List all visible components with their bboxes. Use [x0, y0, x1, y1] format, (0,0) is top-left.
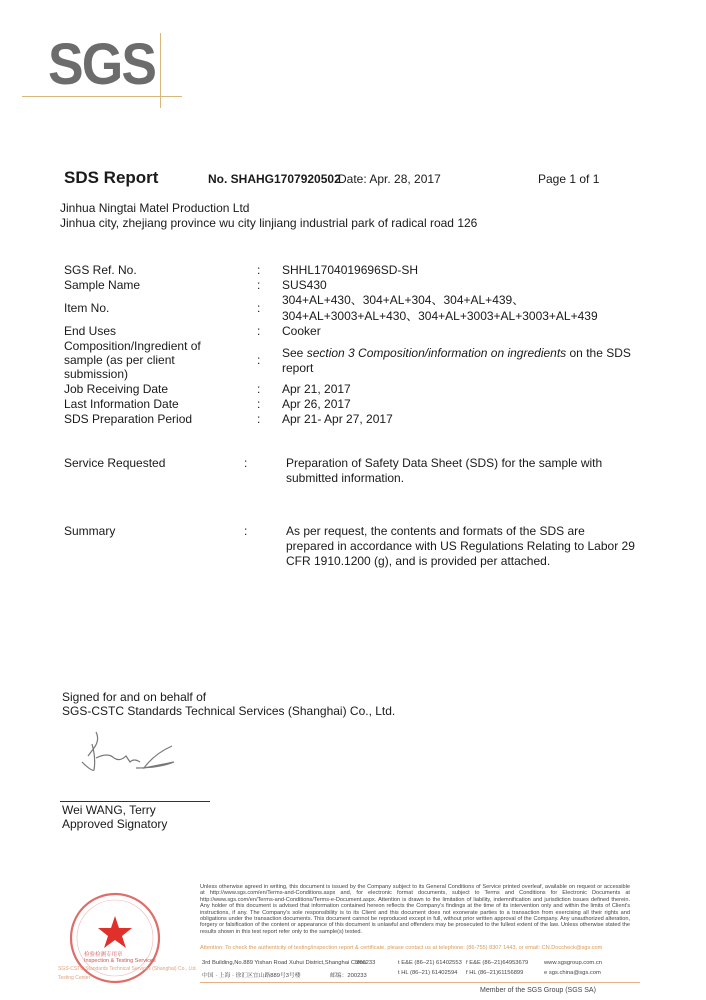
field-separator: : [257, 278, 260, 293]
telephone-hl: t HL (86–21) 61402594 [398, 970, 457, 976]
fax-ee: f E&E (86–21)64953679 [466, 960, 528, 966]
report-number: No. SHAHG1707920502 [208, 172, 341, 186]
field-value-end-uses: Cooker [282, 324, 632, 339]
report-date: Date: Apr. 28, 2017 [338, 172, 441, 186]
field-separator: : [257, 382, 260, 397]
field-value-composition: See section 3 Composition/information on… [282, 346, 632, 376]
field-value-item-no-2: 304+AL+3003+AL+430、304+AL+3003+AL+3003+A… [282, 309, 632, 324]
signing-company: SGS-CSTC Standards Technical Services (S… [62, 704, 395, 719]
field-value-sample-name: SUS430 [282, 278, 632, 293]
handwritten-signature [74, 728, 184, 788]
zip-cn: 邮编：200233 [330, 970, 367, 979]
summary-label: Summary [64, 524, 115, 539]
field-label: SDS Preparation Period [64, 412, 244, 427]
sgs-logo: SGS [48, 36, 155, 94]
field-label: Job Receiving Date [64, 382, 244, 397]
field-separator: : [257, 301, 260, 316]
field-label: Last Information Date [64, 397, 244, 412]
field-separator: : [257, 353, 260, 368]
field-separator: : [257, 263, 260, 278]
signatory-role: Approved Signatory [62, 817, 167, 832]
page-indicator: Page 1 of 1 [538, 172, 599, 186]
field-value-job-receiving-date: Apr 21, 2017 [282, 382, 632, 397]
field-label: Composition/Ingredient of [64, 339, 244, 354]
logo-rule-vertical [160, 33, 161, 108]
field-value-ref-no: SHHL1704019696SD-SH [282, 263, 632, 278]
group-membership: Member of the SGS Group (SGS SA) [480, 987, 596, 994]
field-separator: : [257, 397, 260, 412]
field-separator: : [244, 524, 247, 539]
seal-line-2: Testing Center [58, 975, 90, 981]
client-name: Jinhua Ningtai Matel Production Ltd [60, 201, 249, 215]
composition-section-ref: section 3 Composition/information on ing… [307, 346, 566, 360]
seal-center-text: 检验检测专用章 [84, 950, 123, 958]
service-label: Service Requested [64, 456, 165, 471]
field-separator: : [244, 456, 247, 471]
website: www.sgsgroup.com.cn [544, 960, 602, 966]
seal-line-1: SGS-CSTC Standards Technical Services (S… [58, 966, 197, 972]
field-value-item-no-1: 304+AL+430、304+AL+304、304+AL+439、 [282, 293, 632, 308]
field-label: submission) [64, 367, 244, 382]
client-address: Jinhua city, zhejiang province wu city l… [60, 216, 477, 230]
email: e sgs.china@sgs.com [544, 970, 601, 976]
address-en: 3rd Building,No.889 Yishan Road Xuhui Di… [202, 960, 366, 966]
field-separator: : [257, 412, 260, 427]
logo-rule-horizontal [22, 96, 182, 97]
fax-hl: f HL (86–21)61156899 [466, 970, 523, 976]
legal-disclaimer: Unless otherwise agreed in writing, this… [200, 884, 630, 935]
service-value: Preparation of Safety Data Sheet (SDS) f… [286, 456, 606, 486]
field-label: Sample Name [64, 278, 244, 293]
field-label: Item No. [64, 301, 244, 316]
page-title: SDS Report [64, 168, 158, 188]
address-cn: 中国 · 上海 · 徐汇区宜山路889号3号楼 [202, 970, 301, 979]
signatory-name: Wei WANG, Terry [62, 803, 156, 818]
field-label: End Uses [64, 324, 244, 339]
field-label: sample (as per client [64, 353, 244, 368]
field-separator: : [257, 324, 260, 339]
telephone-ee: t E&E (86–21) 61402553 [398, 960, 462, 966]
field-label: SGS Ref. No. [64, 263, 244, 278]
field-value-last-info-date: Apr 26, 2017 [282, 397, 632, 412]
summary-value: As per request, the contents and formats… [286, 524, 636, 569]
field-value-prep-period: Apr 21- Apr 27, 2017 [282, 412, 632, 427]
footer-rule [200, 982, 640, 983]
composition-prefix: See [282, 346, 307, 360]
signature-line [60, 801, 210, 802]
signed-on-behalf: Signed for and on behalf of [62, 690, 206, 705]
zip-en: 200233 [356, 960, 375, 966]
authenticity-notice: Attention: To check the authenticity of … [200, 945, 630, 951]
seal-subtitle: Inspection & Testing Services [84, 958, 156, 964]
